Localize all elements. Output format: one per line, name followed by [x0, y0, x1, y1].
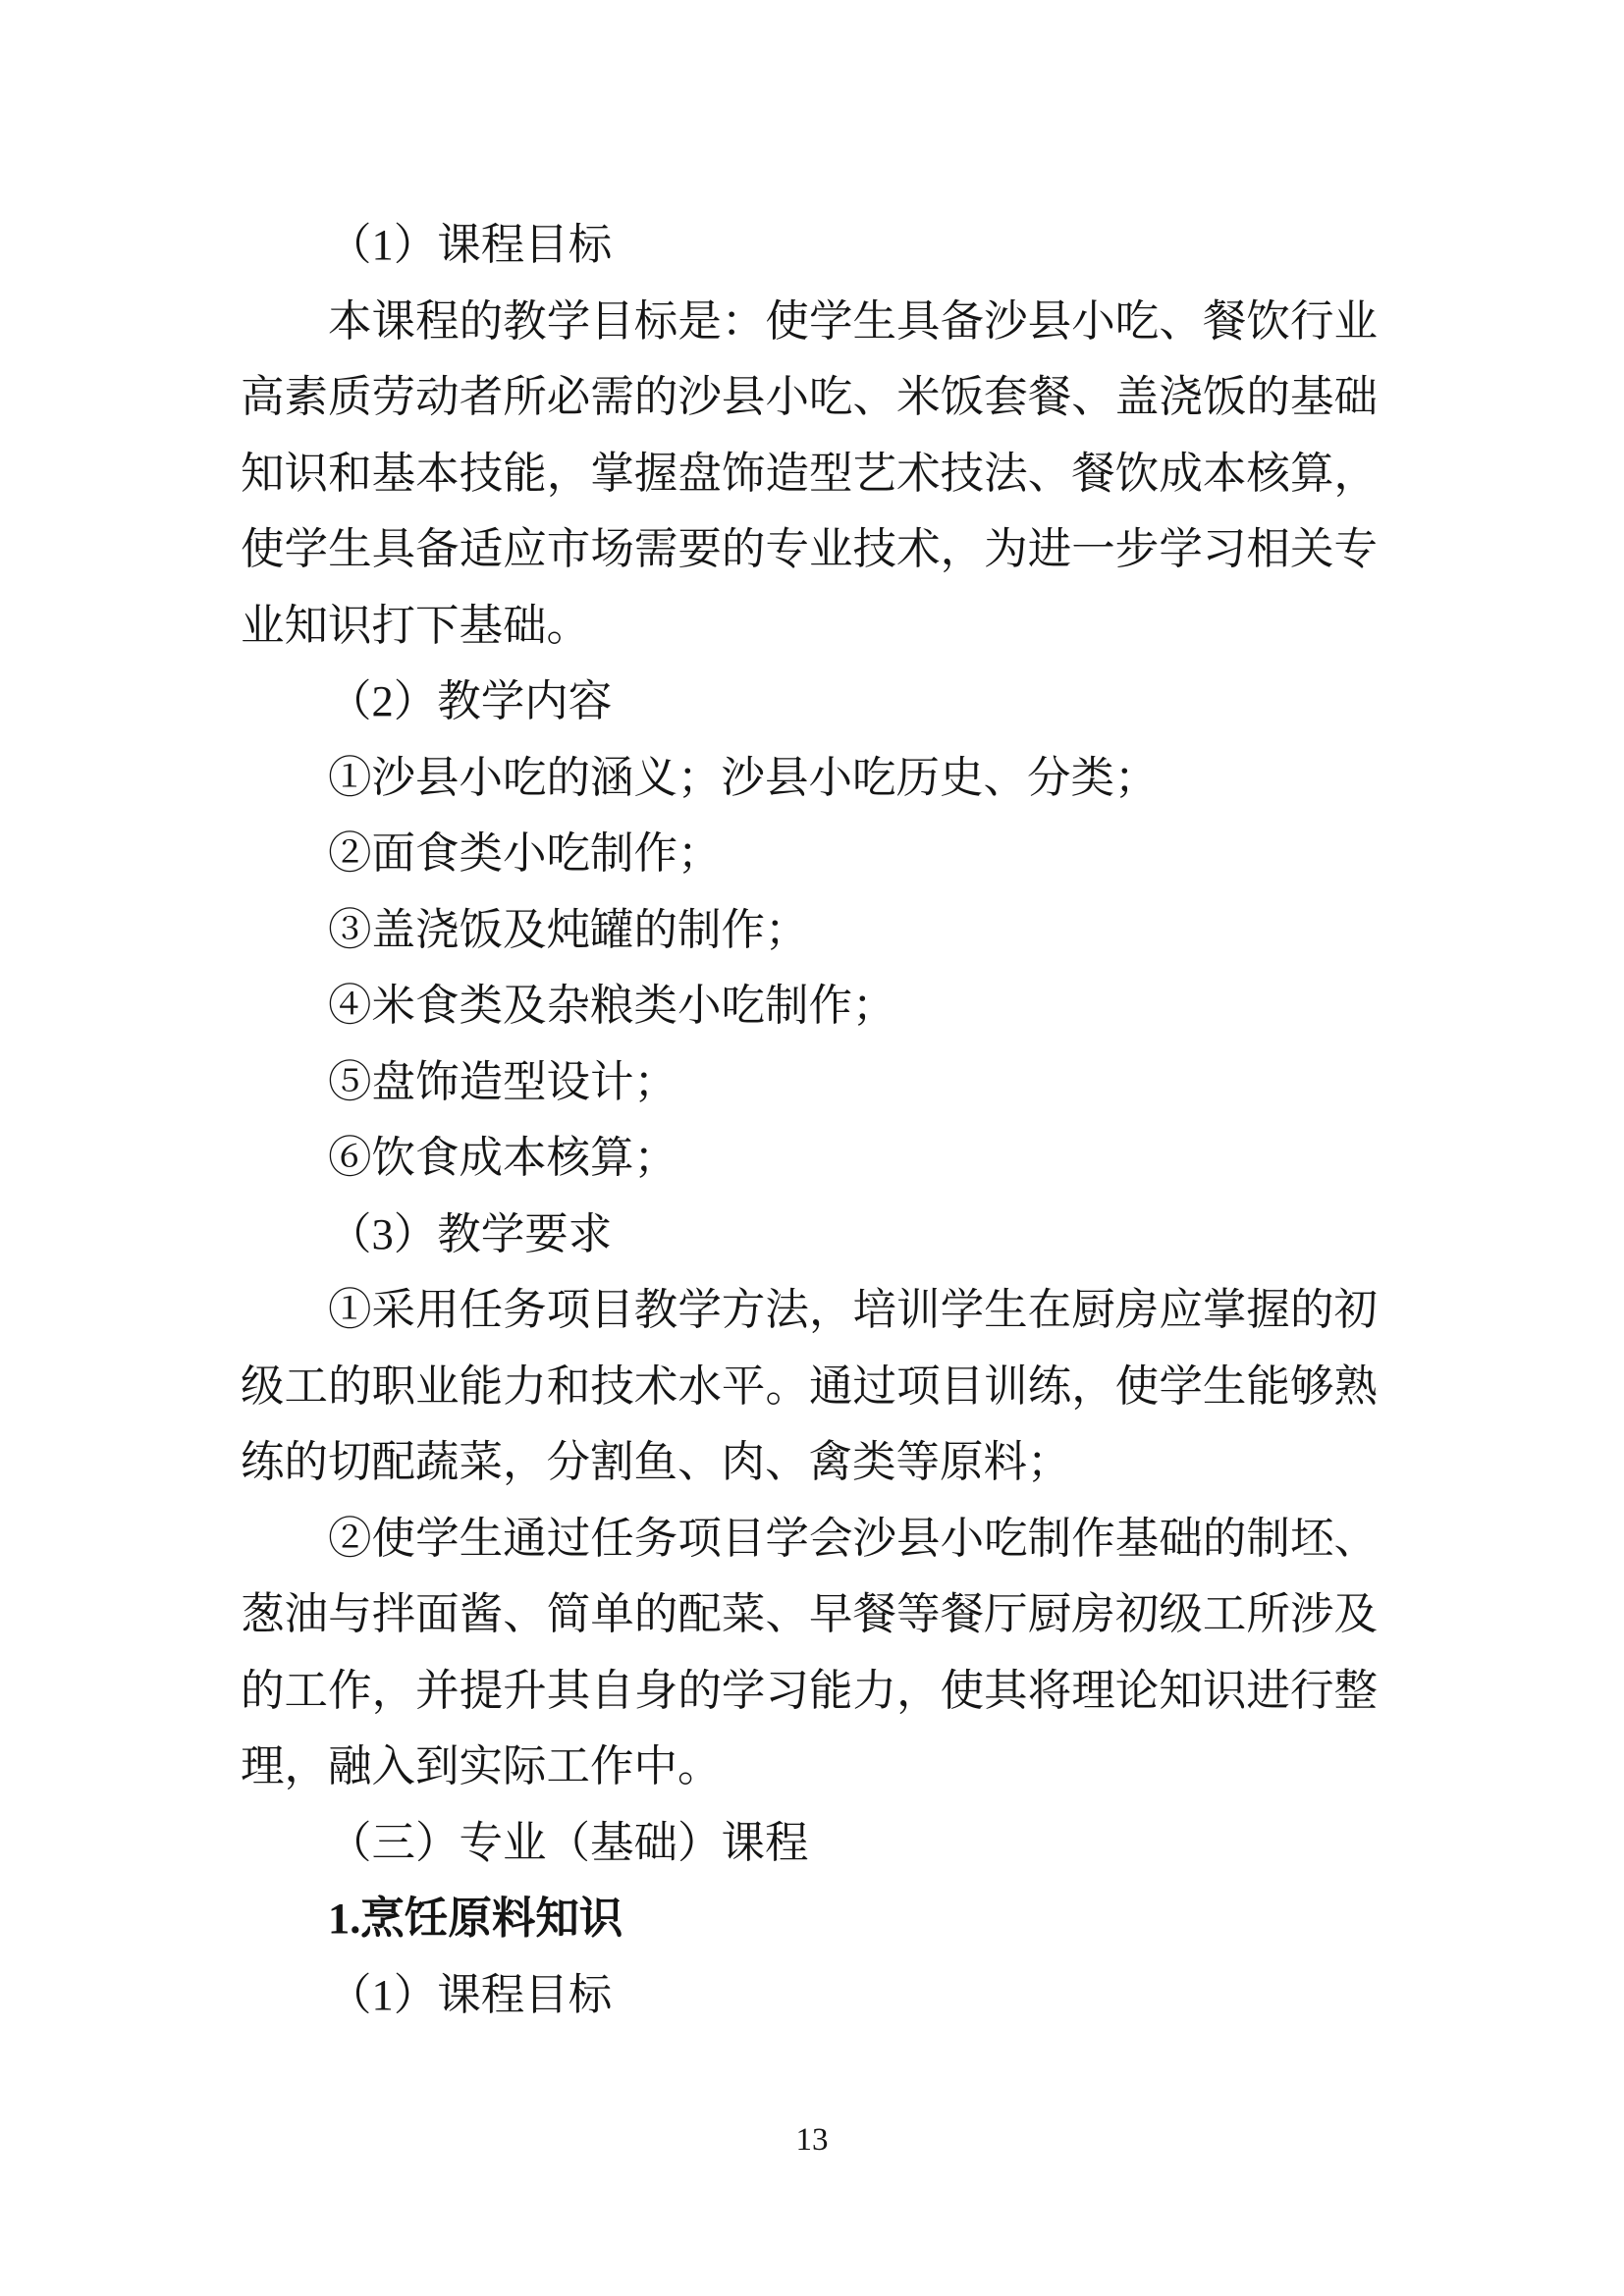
- doc-line-list-item-6: ⑥饮食成本核算；: [241, 1120, 1378, 1197]
- doc-line: 葱油与拌面酱、简单的配菜、早餐等餐厅厨房初级工所涉及: [241, 1576, 1378, 1653]
- doc-line: ①采用任务项目教学方法，培训学生在厨房应掌握的初: [241, 1272, 1378, 1349]
- doc-line: 高素质劳动者所必需的沙县小吃、米饭套餐、盖浇饭的基础: [241, 359, 1378, 436]
- doc-line: 的工作，并提升其自身的学习能力，使其将理论知识进行整: [241, 1653, 1378, 1730]
- doc-line: ②使学生通过任务项目学会沙县小吃制作基础的制坯、: [241, 1501, 1378, 1577]
- doc-line: 业知识打下基础。: [241, 588, 1378, 665]
- doc-line-course-goal-heading-2: （1）课程目标: [241, 1957, 1378, 2034]
- doc-line: 本课程的教学目标是：使学生具备沙县小吃、餐饮行业: [241, 284, 1378, 360]
- doc-line: 练的切配蔬菜，分割鱼、肉、禽类等原料；: [241, 1424, 1378, 1501]
- doc-line-list-item-3: ③盖浇饭及炖罐的制作；: [241, 892, 1378, 969]
- doc-line-course-goal-heading: （1）课程目标: [241, 207, 1378, 284]
- doc-line-list-item-5: ⑤盘饰造型设计；: [241, 1044, 1378, 1121]
- doc-line-list-item-4: ④米食类及杂粮类小吃制作；: [241, 968, 1378, 1044]
- doc-line: 理，融入到实际工作中。: [241, 1729, 1378, 1805]
- doc-line-section-heading: （三）专业（基础）课程: [241, 1805, 1378, 1882]
- page-number: 13: [0, 2118, 1624, 2163]
- doc-line: 级工的职业能力和技术水平。通过项目训练，使学生能够熟: [241, 1349, 1378, 1425]
- document-page: （1）课程目标 本课程的教学目标是：使学生具备沙县小吃、餐饮行业 高素质劳动者所…: [0, 0, 1624, 2296]
- doc-line-teaching-content-heading: （2）教学内容: [241, 664, 1378, 740]
- doc-line-list-item-2: ②面食类小吃制作；: [241, 816, 1378, 892]
- doc-line: 知识和基本技能，掌握盘饰造型艺术技法、餐饮成本核算，: [241, 436, 1378, 512]
- doc-line-list-item-1: ①沙县小吃的涵义；沙县小吃历史、分类；: [241, 740, 1378, 817]
- doc-line-teaching-requirements-heading: （3）教学要求: [241, 1197, 1378, 1273]
- doc-line: 使学生具备适应市场需要的专业技术，为进一步学习相关专: [241, 511, 1378, 588]
- doc-line-subsection-heading: 1.烹饪原料知识: [241, 1881, 1378, 1957]
- document-body: （1）课程目标 本课程的教学目标是：使学生具备沙县小吃、餐饮行业 高素质劳动者所…: [241, 207, 1378, 2033]
